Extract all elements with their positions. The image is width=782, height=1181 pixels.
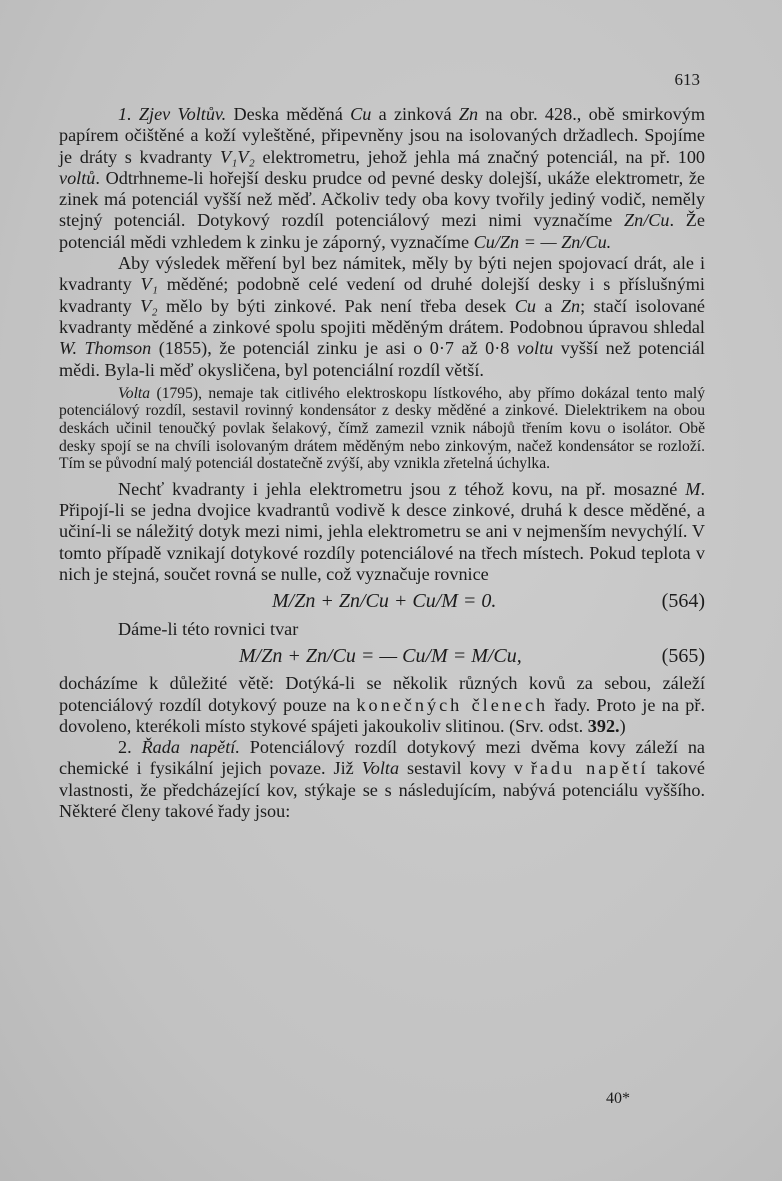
- paragraph-transform: Dáme-li této rovnici tvar: [59, 619, 705, 640]
- section-heading: Řada napětí.: [142, 737, 240, 757]
- paragraph-voltage-series: 2. Řada napětí. Potenciálový rozdíl doty…: [59, 737, 705, 822]
- paragraph-measurement: Aby výsledek měření byl bez námitek, měl…: [59, 253, 705, 381]
- equation-formula: M/Zn + Zn/Cu + Cu/M = 0.: [272, 591, 496, 612]
- signature-mark: 40*: [606, 1090, 630, 1108]
- paragraph-electrometer: Nechť kvadranty i jehla elektrometru jso…: [59, 479, 705, 585]
- equation-number: (565): [662, 646, 705, 667]
- page-body: 1. Zjev Voltův. Deska měděná Cu a zinkov…: [59, 104, 705, 822]
- paragraph-volta-effect: 1. Zjev Voltův. Deska měděná Cu a zinkov…: [59, 104, 705, 253]
- small-print-note: Volta (1795), nemaje tak citlivého elekt…: [59, 385, 705, 473]
- book-page: 613 1. Zjev Voltův. Deska měděná Cu a zi…: [0, 0, 782, 1181]
- equation-564: M/Zn + Zn/Cu + Cu/M = 0. (564): [59, 591, 705, 612]
- equation-formula: M/Zn + Zn/Cu = — Cu/M = M/Cu,: [239, 646, 522, 667]
- paragraph-theorem: docházíme k důležité větě: Dotýká-li se …: [59, 673, 705, 737]
- equation-565: M/Zn + Zn/Cu = — Cu/M = M/Cu, (565): [59, 646, 705, 667]
- section-heading: 1. Zjev Voltův.: [118, 104, 226, 124]
- equation-number: (564): [662, 591, 705, 612]
- page-number: 613: [675, 70, 701, 90]
